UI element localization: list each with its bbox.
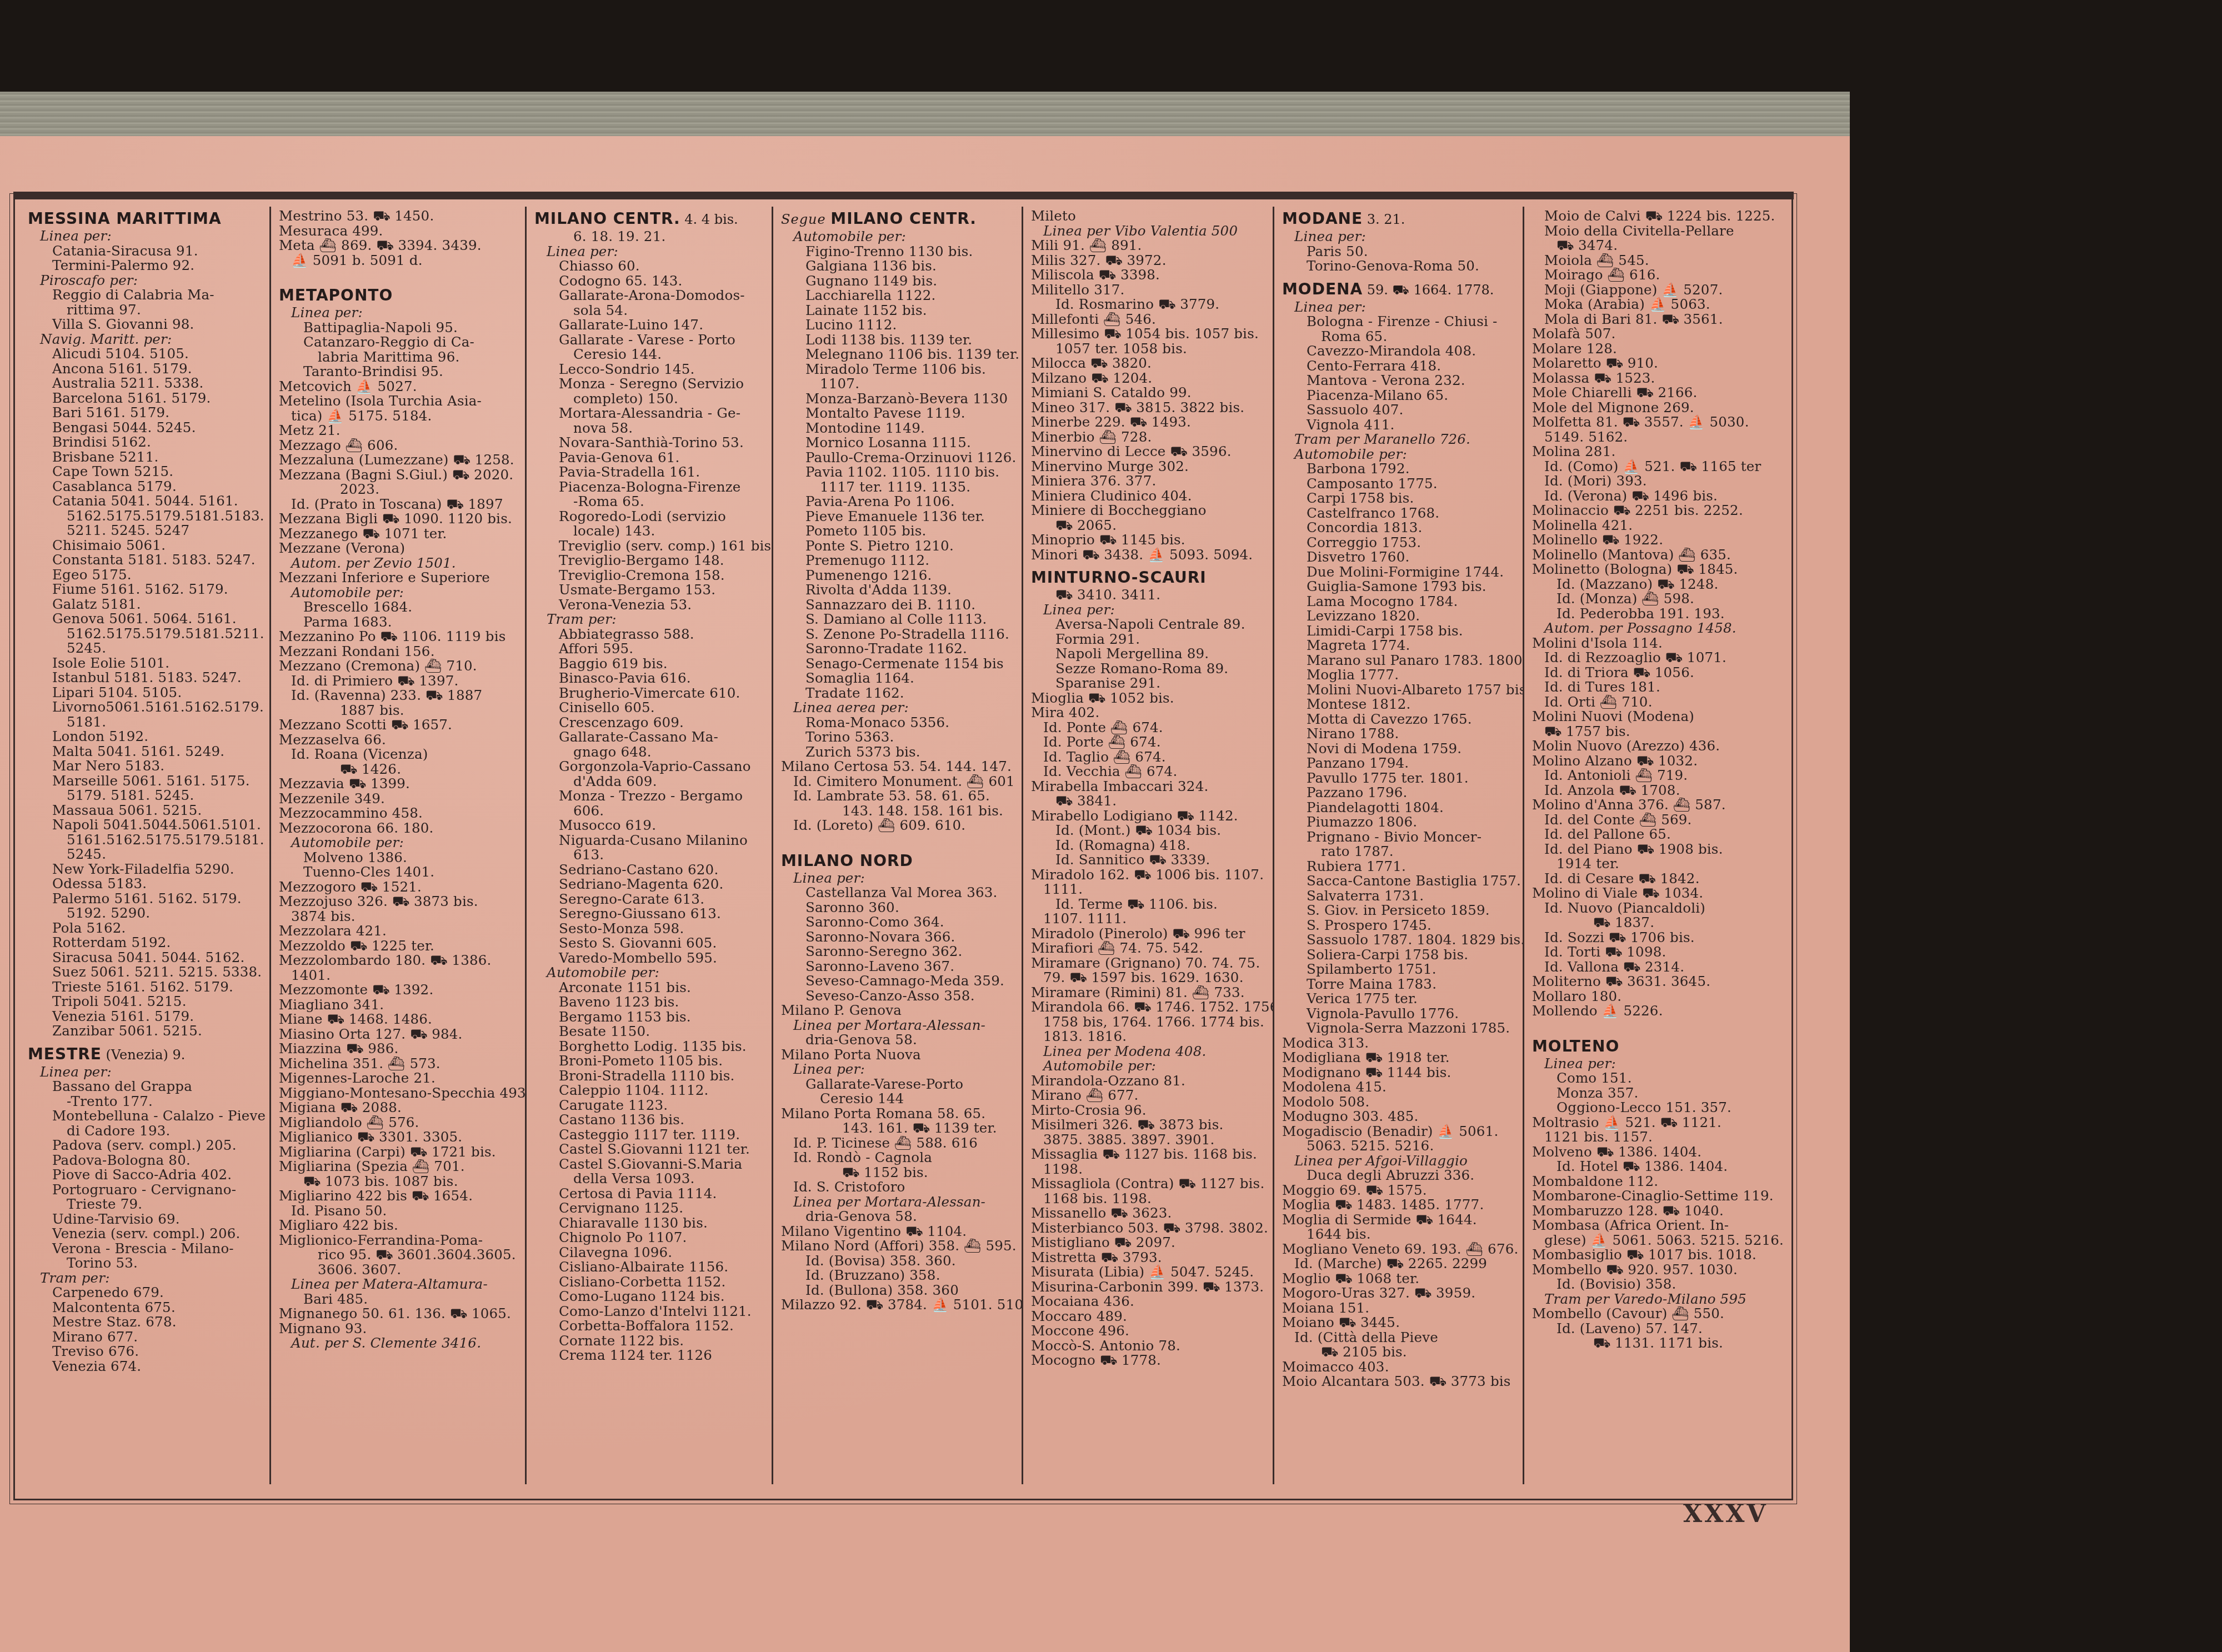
index-entry: Taranto-Brindisi 95. — [279, 364, 518, 379]
service-label: Linea per Mortara-Alessan- — [781, 1018, 1015, 1033]
index-entry: 143. 161. ⛟ 1139 ter. — [781, 1121, 1015, 1136]
index-entry: Milazzo 92. ⛟ 3784. ⛵ 5101. 5102. — [781, 1298, 1015, 1313]
service-label: Linea per Modena 408. — [1031, 1044, 1266, 1059]
index-entry: Lainate 1152 bis. — [781, 303, 1015, 318]
index-entry: Alicudi 5104. 5105. — [28, 347, 263, 362]
index-entry: della Versa 1093. — [534, 1172, 765, 1187]
index-entry: Zurich 5373 bis. — [781, 745, 1015, 760]
index-column: MiletoLinea per Vibo Valentia 500Mili 91… — [1023, 207, 1274, 1484]
index-entry: Udine-Tarvisio 69. — [28, 1212, 263, 1227]
index-entry: dria-Genova 58. — [781, 1209, 1015, 1224]
index-entry: Metz 21. — [279, 423, 518, 438]
index-entry: Id. (Monza) ⛴ 598. — [1532, 592, 1780, 607]
index-entry: Galatz 5181. — [28, 597, 263, 612]
index-entry: Treviglio-Bergamo 148. — [534, 553, 765, 568]
index-entry: Affori 595. — [534, 642, 765, 657]
index-entry: Miazzina ⛟ 986. — [279, 1042, 518, 1057]
index-entry: Sparanise 291. — [1031, 676, 1266, 691]
index-entry: Milano Nord (Affori) 358. ⛴ 595. — [781, 1239, 1015, 1254]
index-entry: Miradolo 162. ⛟ 1006 bis. 1107. — [1031, 868, 1266, 883]
index-entry: Roma-Monaco 5356. — [781, 715, 1015, 730]
index-entry: Bari 485. — [279, 1292, 518, 1307]
index-entry: 2023. — [279, 482, 518, 497]
index-entry: Concordia 1813. — [1282, 520, 1516, 535]
index-entry: Besate 1150. — [534, 1024, 765, 1039]
station-heading: MILANO NORD — [781, 851, 1015, 871]
index-entry: Duca degli Abruzzi 336. — [1282, 1168, 1516, 1183]
index-entry: Molinello ⛟ 1922. — [1532, 533, 1780, 548]
index-entry: Castel S.Giovanni 1121 ter. — [534, 1142, 765, 1157]
index-entry: Milano Porta Romana 58. 65. — [781, 1107, 1015, 1122]
index-entry: Treviglio (serv. comp.) 161 bis — [534, 539, 765, 554]
index-entry: ⛟ 3841. — [1031, 794, 1266, 809]
station-heading: MODENA 59. ⛟ 1664. 1778. — [1282, 279, 1516, 300]
index-entry: Sedriano-Castano 620. — [534, 863, 765, 878]
index-entry: Mombello ⛟ 920. 957. 1030. — [1532, 1263, 1780, 1278]
index-entry: Venezia 5161. 5179. — [28, 1009, 263, 1024]
index-entry: Migliandolo ⛴ 576. — [279, 1115, 518, 1130]
index-entry: Gallarate-Varese-Porto — [781, 1077, 1015, 1092]
service-label: Aut. per S. Clemente 3416. — [279, 1336, 518, 1351]
index-entry: Saronno-Como 364. — [781, 915, 1015, 930]
index-entry: Mezzaluna (Lumezzane) ⛟ 1258. — [279, 453, 518, 468]
index-entry: Millesimo ⛟ 1054 bis. 1057 bis. — [1031, 327, 1266, 342]
index-entry: Id. Vecchia ⛴ 674. — [1031, 764, 1266, 779]
index-entry: Pazzano 1796. — [1282, 785, 1516, 800]
index-entry: Mole del Mignone 269. — [1532, 401, 1780, 415]
index-entry: Id. P. Ticinese ⛴ 588. 616 — [781, 1136, 1015, 1151]
index-entry: Miglionico-Ferrandina-Poma- — [279, 1233, 518, 1248]
index-entry: Monza-Barzanò-Bevera 1130 — [781, 392, 1015, 407]
index-entry: Meta ⛴ 869. ⛟ 3394. 3439. — [279, 238, 518, 253]
index-entry: Cinisello 605. — [534, 700, 765, 715]
index-entry: Moiano ⛟ 3445. — [1282, 1315, 1516, 1330]
index-entry: Mistigliano ⛟ 2097. — [1031, 1235, 1266, 1250]
index-entry: Id. Anzola ⛟ 1708. — [1532, 783, 1780, 798]
index-entry: Molini Nuovi-Albareto 1757 bis — [1282, 683, 1516, 698]
index-entry: Molino di Viale ⛟ 1034. — [1532, 886, 1780, 901]
index-entry: Molini d'Isola 114. — [1532, 636, 1780, 651]
index-entry: Cisliano-Corbetta 1152. — [534, 1275, 765, 1290]
index-entry: Misurata (Libia) ⛵ 5047. 5245. — [1031, 1265, 1266, 1280]
index-entry: Mineo 317. ⛟ 3815. 3822 bis. — [1031, 401, 1266, 415]
index-entry: Lodi 1138 bis. 1139 ter. — [781, 333, 1015, 348]
index-entry: Cento-Ferrara 418. — [1282, 359, 1516, 374]
index-entry: Brisbane 5211. — [28, 450, 263, 465]
index-entry: Minori ⛟ 3438. ⛵ 5093. 5094. — [1031, 548, 1266, 563]
index-entry: Vignola 411. — [1282, 418, 1516, 433]
index-entry: Id. di Cesare ⛟ 1842. — [1532, 872, 1780, 887]
index-entry: 1401. — [279, 968, 518, 983]
index-entry: Caleppio 1104. 1112. — [534, 1083, 765, 1098]
index-entry: Mirandola 66. ⛟ 1746. 1752. 1756 — [1031, 1000, 1266, 1015]
index-entry: Mezzojuso 326. ⛟ 3873 bis. — [279, 894, 518, 909]
index-entry: Barcelona 5161. 5179. — [28, 391, 263, 406]
service-label: Navig. Maritt. per: — [28, 332, 263, 347]
index-entry: Rogoredo-Lodi (servizio — [534, 509, 765, 524]
index-entry: Treviso 676. — [28, 1344, 263, 1359]
service-label: Automobile per: — [279, 585, 518, 600]
index-entry: Minerbio ⛴ 728. — [1031, 430, 1266, 445]
index-entry: Novi di Modena 1759. — [1282, 742, 1516, 757]
index-entry: Mirabella Imbaccari 324. — [1031, 779, 1266, 794]
index-entry: Monza - Trezzo - Bergamo — [534, 789, 765, 804]
index-entry: Massaua 5061. 5215. — [28, 803, 263, 818]
index-entry: Paris 50. — [1282, 244, 1516, 259]
index-entry: Mornico Losanna 1115. — [781, 435, 1015, 450]
index-entry: Brugherio-Vimercate 610. — [534, 686, 765, 701]
index-entry: Migliarina (Carpi) ⛟ 1721 bis. — [279, 1145, 518, 1160]
index-entry: Milano Certosa 53. 54. 144. 147. — [781, 759, 1015, 774]
index-entry: rittima 97. — [28, 303, 263, 318]
index-entry: Modignano ⛟ 1144 bis. — [1282, 1065, 1516, 1080]
service-label: Linea per: — [1532, 1057, 1780, 1072]
index-entry: Id. (Laveno) 57. 147. — [1532, 1321, 1780, 1336]
index-entry: Mirandola-Ozzano 81. — [1031, 1074, 1266, 1089]
index-entry: Moio Alcantara 503. ⛟ 3773 bis — [1282, 1374, 1516, 1389]
index-entry: Figino-Trenno 1130 bis. — [781, 244, 1015, 259]
index-entry: Mezzocammino 458. — [279, 806, 518, 821]
index-entry: ⛟ 1837. — [1532, 915, 1780, 930]
index-entry: Id. (Bovisio) 358. — [1532, 1277, 1780, 1292]
station-name: MILANO CENTR. — [534, 209, 680, 228]
index-entry: Molinaccio ⛟ 2251 bis. 2252. — [1532, 503, 1780, 518]
index-entry: Cavezzo-Mirandola 408. — [1282, 344, 1516, 359]
index-entry: 606. — [534, 804, 765, 819]
index-entry: Pometo 1105 bis. — [781, 524, 1015, 539]
index-entry: Molafà 507. — [1532, 327, 1780, 342]
index-entry: Moggio 69. ⛟ 1575. — [1282, 1183, 1516, 1198]
index-entry: 3606. 3607. — [279, 1263, 518, 1278]
index-entry: Piumazzo 1806. — [1282, 815, 1516, 830]
index-entry: Bengasi 5044. 5245. — [28, 420, 263, 435]
index-entry: Molin Nuovo (Arezzo) 436. — [1532, 739, 1780, 754]
index-entry: Montese 1812. — [1282, 697, 1516, 712]
service-label: Automobile per: — [279, 835, 518, 850]
index-entry: Misilmeri 326. ⛟ 3873 bis. — [1031, 1118, 1266, 1133]
index-entry: Chisimaio 5061. — [28, 538, 263, 553]
index-entry: Misterbianco 503. ⛟ 3798. 3802. — [1031, 1221, 1266, 1236]
index-entry: Modolena 415. — [1282, 1080, 1516, 1095]
index-entry: 5179. 5181. 5245. — [28, 788, 263, 803]
continued-label: Segue — [781, 212, 830, 227]
index-entry: nova 58. — [534, 421, 765, 436]
index-entry: Mombaldone 112. — [1532, 1174, 1780, 1189]
index-entry: Senago-Cermenate 1154 bis — [781, 657, 1015, 672]
index-entry: Chiaravalle 1130 bis. — [534, 1216, 765, 1231]
index-entry: Id. (Marche) ⛟ 2265. 2299 — [1282, 1256, 1516, 1271]
index-entry: 613. — [534, 848, 765, 863]
index-entry: Mezzanino Po ⛟ 1106. 1119 bis — [279, 629, 518, 644]
index-entry: 5162.5175.5179.5181.5211. — [28, 627, 263, 642]
index-entry: Migliarino 422 bis ⛟ 1654. — [279, 1189, 518, 1204]
index-entry: Mioglia ⛟ 1052 bis. — [1031, 691, 1266, 706]
index-entry: Cilavegna 1096. — [534, 1245, 765, 1260]
index-entry: Villa S. Giovanni 98. — [28, 317, 263, 332]
index-entry: Id. (Romagna) 418. — [1031, 838, 1266, 853]
index-entry: Catania 5041. 5044. 5161. — [28, 494, 263, 509]
index-entry: Mezzano Scotti ⛟ 1657. — [279, 718, 518, 733]
index-entry: Mileto — [1031, 209, 1266, 224]
index-entry: Id. (Loreto) ⛴ 609. 610. — [781, 818, 1015, 833]
index-entry: Montebelluna - Calalzo - Pieve — [28, 1109, 263, 1124]
index-entry: Id. Rosmarino ⛟ 3779. — [1031, 297, 1266, 312]
service-label: Tram per: — [28, 1271, 263, 1286]
index-entry: Molini Nuovi (Modena) — [1532, 709, 1780, 724]
index-entry: Miramare (Rimini) 81. ⛴ 733. — [1031, 985, 1266, 1000]
index-entry: Mignanego 50. 61. 136. ⛟ 1065. — [279, 1306, 518, 1321]
index-entry: Miggiano-Montesano-Specchia 493. — [279, 1086, 518, 1101]
index-entry: Pavia 1102. 1105. 1110 bis. — [781, 465, 1015, 480]
index-entry: Mortara-Alessandria - Ge- — [534, 406, 765, 421]
index-entry: Sedriano-Magenta 620. — [534, 877, 765, 892]
index-entry: Milocca ⛟ 3820. — [1031, 356, 1266, 371]
index-entry: Broni-Stradella 1110 bis. — [534, 1069, 765, 1084]
index-entry: Milis 327. ⛟ 3972. — [1031, 253, 1266, 268]
index-entry: ⛟ 1131. 1171 bis. — [1532, 1336, 1780, 1351]
index-entry: Castel S.Giovanni-S.Maria — [534, 1157, 765, 1172]
service-label: Linea per: — [781, 871, 1015, 886]
index-entry: Id. Taglio ⛴ 674. — [1031, 750, 1266, 765]
index-entry: Torino 53. — [28, 1256, 263, 1271]
index-entry: Id. (Ravenna) 233. ⛟ 1887 — [279, 688, 518, 703]
index-entry: 6. 18. 19. 21. — [534, 229, 765, 244]
index-entry: Mocaiana 436. — [1031, 1294, 1266, 1309]
index-entry: Battipaglia-Napoli 95. — [279, 321, 518, 336]
service-label: Automobile per: — [1031, 1059, 1266, 1074]
index-entry: Trieste 5161. 5162. 5179. — [28, 980, 263, 995]
index-entry: Motta di Cavezzo 1765. — [1282, 712, 1516, 727]
index-entry: Seveso-Camnago-Meda 359. — [781, 974, 1015, 989]
index-entry: Mezzocorona 66. 180. — [279, 821, 518, 836]
index-entry: Mombasa (Africa Orient. In- — [1532, 1218, 1780, 1233]
index-entry: Due Molini-Formigine 1744. — [1282, 565, 1516, 580]
index-entry: Id. Rondò - Cagnola — [781, 1150, 1015, 1165]
index-entry: 3875. 3885. 3897. 3901. — [1031, 1133, 1266, 1148]
index-entry: Id. (Mazzano) ⛟ 1248. — [1532, 577, 1780, 592]
index-entry: Sacca-Cantone Bastiglia 1757. — [1282, 874, 1516, 889]
index-entry: Mombarone-Cinaglio-Settime 119. — [1532, 1189, 1780, 1204]
index-entry: Sezze Romano-Roma 89. — [1031, 662, 1266, 677]
index-entry: Id. di Tures 181. — [1532, 680, 1780, 695]
index-entry: 1813. 1816. — [1031, 1029, 1266, 1044]
index-entry: Id. del Pallone 65. — [1532, 827, 1780, 842]
index-entry: Migennes-Laroche 21. — [279, 1071, 518, 1086]
service-label: Linea per: — [279, 306, 518, 321]
station-heading: MESSINA MARITTIMA — [28, 209, 263, 229]
index-entry: Mili 91. ⛴ 891. — [1031, 238, 1266, 253]
index-entry: New York-Filadelfia 5290. — [28, 862, 263, 877]
index-entry: Monza 357. — [1532, 1086, 1780, 1101]
index-entry: Tuenno-Cles 1401. — [279, 865, 518, 880]
index-entry: Mocogno ⛟ 1778. — [1031, 1353, 1266, 1368]
index-entry: Gallarate-Arona-Domodos- — [534, 288, 765, 303]
spacer — [781, 833, 1015, 845]
index-entry: Bergamo 1153 bis. — [534, 1010, 765, 1025]
index-entry: Pavullo 1775 ter. 1801. — [1282, 771, 1516, 786]
index-entry: Mole Chiarelli ⛟ 2166. — [1532, 386, 1780, 401]
index-entry: Ceresio 144 — [781, 1092, 1015, 1107]
index-entry: Moio della Civitella-Pellare — [1532, 224, 1780, 239]
index-entry: Mirabello Lodigiano ⛟ 1142. — [1031, 809, 1266, 824]
index-entry: Napoli Mergellina 89. — [1031, 647, 1266, 662]
index-entry: Marseille 5061. 5161. 5175. — [28, 774, 263, 789]
index-column: MODANE 3. 21.Linea per:Paris 50.Torino-G… — [1274, 207, 1524, 1484]
index-entry: Moglia ⛟ 1483. 1485. 1777. — [1282, 1198, 1516, 1213]
index-entry: Catania-Siracusa 91. — [28, 244, 263, 259]
index-entry: Padova (serv. compl.) 205. — [28, 1138, 263, 1153]
index-entry: Id. (Città della Pieve — [1282, 1330, 1516, 1345]
index-entry: Spilamberto 1751. — [1282, 962, 1516, 977]
index-entry: 5245. — [28, 847, 263, 862]
index-entry: Torre Maina 1783. — [1282, 977, 1516, 992]
index-entry: Usmate-Bergamo 153. — [534, 583, 765, 598]
index-entry: Chignolo Po 1107. — [534, 1230, 765, 1245]
index-entry: Id. Sozzi ⛟ 1706 bis. — [1532, 930, 1780, 945]
index-column: MILANO CENTR. 4. 4 bis.6. 18. 19. 21.Lin… — [527, 207, 773, 1484]
index-entry: Mirto-Crosia 96. — [1031, 1103, 1266, 1118]
index-entry: dria-Genova 58. — [781, 1033, 1015, 1048]
index-entry: Miradolo Terme 1106 bis. — [781, 362, 1015, 377]
index-entry: Galgiana 1136 bis. — [781, 259, 1015, 274]
index-entry: Id. (Como) ⛵ 521. ⛟ 1165 ter — [1532, 459, 1780, 474]
index-entry: Novara-Santhià-Torino 53. — [534, 435, 765, 450]
index-entry: Carpi 1758 bis. — [1282, 491, 1516, 506]
index-entry: S. Zenone Po-Stradella 1116. — [781, 627, 1015, 642]
index-entry: Mogadiscio (Benadir) ⛵ 5061. — [1282, 1124, 1516, 1139]
index-entry: Mogoro-Uras 327. ⛟ 3959. — [1282, 1286, 1516, 1301]
index-entry: Modica 313. — [1282, 1036, 1516, 1051]
index-entry: Como-Lugano 1124 bis. — [534, 1289, 765, 1304]
index-entry: Varedo-Mombello 595. — [534, 951, 765, 966]
index-entry: 1168 bis. 1198. — [1031, 1192, 1266, 1207]
index-entry: Mezzomonte ⛟ 1392. — [279, 983, 518, 998]
index-entry: Cornate 1122 bis. — [534, 1334, 765, 1349]
index-entry: Molare 128. — [1532, 342, 1780, 357]
index-entry: Casteggio 1117 ter. 1119. — [534, 1128, 765, 1143]
index-entry: Lipari 5104. 5105. — [28, 685, 263, 700]
index-entry: Istanbul 5181. 5183. 5247. — [28, 670, 263, 685]
index-entry: Moglio ⛟ 1068 ter. — [1282, 1271, 1516, 1286]
station-name: MESSINA MARITTIMA — [28, 209, 222, 228]
index-entry: Id. di Triora ⛟ 1056. — [1532, 665, 1780, 680]
index-entry: Gugnano 1149 bis. — [781, 274, 1015, 289]
index-entry: Id. (Verona) ⛟ 1496 bis. — [1532, 489, 1780, 504]
index-entry: tica) ⛵ 5175. 5184. — [279, 409, 518, 424]
index-entry: Zanzibar 5061. 5215. — [28, 1024, 263, 1039]
index-entry: Id. Terme ⛟ 1106. bis. — [1031, 897, 1266, 912]
index-entry: Somaglia 1164. — [781, 671, 1015, 686]
index-entry: Certosa di Pavia 1114. — [534, 1187, 765, 1202]
index-entry: Moiola ⛴ 545. — [1532, 253, 1780, 268]
index-entry: Missaglia ⛟ 1127 bis. 1168 bis. — [1031, 1147, 1266, 1162]
station-heading: METAPONTO — [279, 286, 518, 306]
index-entry: Miglianico ⛟ 3301. 3305. — [279, 1130, 518, 1145]
index-entry: Venezia (serv. compl.) 206. — [28, 1227, 263, 1241]
index-entry: Melegnano 1106 bis. 1139 ter. — [781, 347, 1015, 362]
index-entry: Levizzano 1820. — [1282, 609, 1516, 624]
index-entry: Mezzago ⛴ 606. — [279, 438, 518, 453]
index-entry: Niguarda-Cusano Milanino — [534, 833, 765, 848]
index-entry: Pavia-Arena Po 1106. — [781, 494, 1015, 509]
index-entry: -Trento 177. — [28, 1094, 263, 1109]
index-entry: Molinella 421. — [1532, 518, 1780, 533]
index-entry: Seregno-Carate 613. — [534, 892, 765, 907]
index-entry: rato 1787. — [1282, 844, 1516, 859]
index-entry: Chiasso 60. — [534, 259, 765, 274]
index-entry: Crescenzago 609. — [534, 715, 765, 730]
index-entry: Gallarate-Luino 147. — [534, 318, 765, 333]
index-entry: di Cadore 193. — [28, 1124, 263, 1139]
index-entry: Pola 5162. — [28, 921, 263, 936]
service-label: Tram per Maranello 726. — [1282, 432, 1516, 447]
index-entry: Trieste 79. — [28, 1197, 263, 1212]
index-entry: Como-Lanzo d'Intelvi 1121. — [534, 1304, 765, 1319]
index-entry: Moccone 496. — [1031, 1324, 1266, 1339]
index-entry: Formia 291. — [1031, 632, 1266, 647]
spacer — [1532, 1019, 1780, 1031]
index-entry: Seveso-Canzo-Asso 358. — [781, 989, 1015, 1004]
index-entry: Militello 317. — [1031, 283, 1266, 298]
index-entry: Catanzaro-Reggio di Ca- — [279, 335, 518, 350]
index-entry: Milzano ⛟ 1204. — [1031, 371, 1266, 386]
index-entry: Pieve Emanuele 1136 ter. — [781, 509, 1015, 524]
index-entry: Miramare (Grignano) 70. 74. 75. — [1031, 956, 1266, 971]
index-entry: Mezzolombardo 180. ⛟ 1386. — [279, 953, 518, 968]
index-entry: Piacenza-Milano 65. — [1282, 388, 1516, 403]
station-name: MINTURNO-SCAURI — [1031, 568, 1207, 587]
index-entry: 5181. — [28, 715, 263, 730]
index-entry: Molveno ⛟ 1386. 1404. — [1532, 1145, 1780, 1160]
index-entry: Id. Lambrate 53. 58. 61. 65. — [781, 789, 1015, 804]
index-entry: Sassuolo 1787. 1804. 1829 bis. — [1282, 933, 1516, 948]
index-entry: Genova 5061. 5064. 5161. — [28, 612, 263, 627]
index-entry: Moltrasio ⛵ 521. ⛟ 1121. — [1532, 1115, 1780, 1130]
index-entry: ⛵ 5091 b. 5091 d. — [279, 253, 518, 268]
index-entry: Lucino 1112. — [781, 318, 1015, 333]
index-entry: ⛟ 1073 bis. 1087 bis. — [279, 1174, 518, 1189]
index-entry: Milano Vigentino ⛟ 1104. — [781, 1224, 1015, 1239]
index-columns: MESSINA MARITTIMALinea per:Catania-Sirac… — [20, 207, 1786, 1484]
index-entry: Sesto-Monza 598. — [534, 922, 765, 937]
index-entry: Modigliana ⛟ 1918 ter. — [1282, 1050, 1516, 1065]
page-number: XXXV — [1683, 1500, 1768, 1528]
index-entry: Napoli 5041.5044.5061.5101. — [28, 818, 263, 833]
index-entry: Id. (Prato in Toscana) ⛟ 1897 — [279, 497, 518, 512]
service-label: Automobile per: — [1282, 447, 1516, 462]
index-entry: Castelfranco 1768. — [1282, 506, 1516, 521]
index-entry: Ceresio 144. — [534, 347, 765, 362]
service-label: Linea per: — [781, 1062, 1015, 1077]
index-entry: Molaretto ⛟ 910. — [1532, 356, 1780, 371]
spacer — [279, 268, 518, 280]
index-entry: Modugno 303. 485. — [1282, 1109, 1516, 1124]
index-entry: Mezzoldo ⛟ 1225 ter. — [279, 939, 518, 954]
station-refs: (Venezia) 9. — [102, 1047, 186, 1063]
index-entry: Limidi-Carpi 1758 bis. — [1282, 624, 1516, 639]
service-label: Linea per Mortara-Alessan- — [781, 1195, 1015, 1210]
index-entry: 1121 bis. 1157. — [1532, 1130, 1780, 1145]
index-entry: Prignano - Bivio Moncer- — [1282, 830, 1516, 845]
index-entry: Id. del Conte ⛴ 569. — [1532, 813, 1780, 828]
index-entry: 1914 ter. — [1532, 857, 1780, 872]
index-entry: Missagliola (Contra) ⛟ 1127 bis. — [1031, 1177, 1266, 1192]
index-entry: Id. Pisano 50. — [279, 1204, 518, 1219]
index-entry: Mezzane (Verona) — [279, 541, 518, 556]
index-entry: Barbona 1792. — [1282, 462, 1516, 477]
index-entry: Australia 5211. 5338. — [28, 376, 263, 391]
index-entry: Rivolta d'Adda 1139. — [781, 583, 1015, 598]
